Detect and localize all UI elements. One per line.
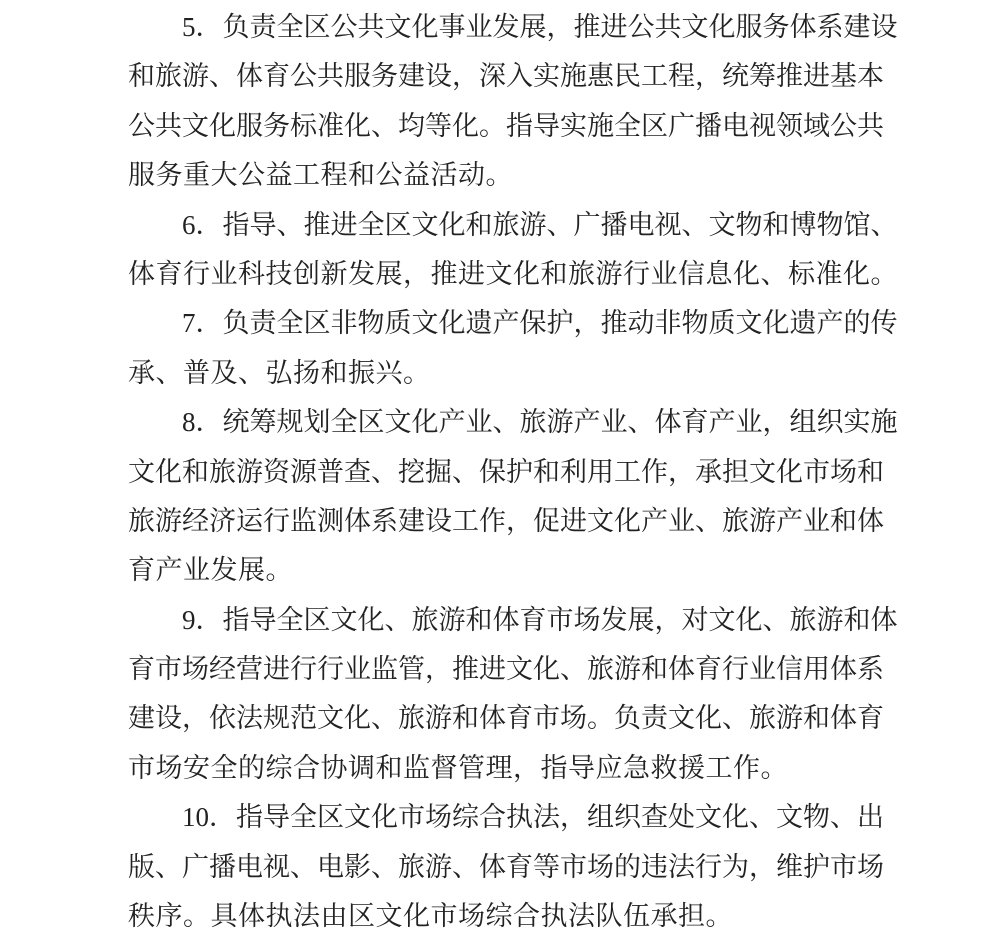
paragraph-item-5: 5．负责全区公共文化事业发展，推进公共文化服务体系建设和旅游、体育公共服务建设，… [128,3,876,201]
text-line: 文化和旅游资源普查、挖掘、保护和利用工作，承担文化市场和 [128,448,876,497]
text-line: 7．负责全区非物质文化遗产保护，推动非物质文化遗产的传 [128,299,876,348]
document-page: 5．负责全区公共文化事业发展，推进公共文化服务体系建设和旅游、体育公共服务建设，… [0,0,1000,952]
text-line: 8．统筹规划全区文化产业、旅游产业、体育产业，组织实施 [128,398,876,447]
text-line: 6．指导、推进全区文化和旅游、广播电视、文物和博物馆、 [128,201,876,250]
text-line: 公共文化服务标准化、均等化。指导实施全区广播电视领域公共 [128,102,876,151]
text-line: 服务重大公益工程和公益活动。 [128,151,876,200]
paragraph-item-7: 7．负责全区非物质文化遗产保护，推动非物质文化遗产的传承、普及、弘扬和振兴。 [128,299,876,398]
text-line: 秩序。具体执法由区文化市场综合执法队伍承担。 [128,892,876,941]
text-line: 版、广播电视、电影、旅游、体育等市场的违法行为，维护市场 [128,843,876,892]
text-line: 体育行业科技创新发展，推进文化和旅游行业信息化、标准化。 [128,250,876,299]
text-line: 和旅游、体育公共服务建设，深入实施惠民工程，统筹推进基本 [128,52,876,101]
document-body: 5．负责全区公共文化事业发展，推进公共文化服务体系建设和旅游、体育公共服务建设，… [128,3,876,941]
text-line: 承、普及、弘扬和振兴。 [128,349,876,398]
text-line: 旅游经济运行监测体系建设工作，促进文化产业、旅游产业和体 [128,497,876,546]
paragraph-item-9: 9．指导全区文化、旅游和体育市场发展，对文化、旅游和体育市场经营进行行业监管，推… [128,596,876,794]
text-line: 育市场经营进行行业监管，推进文化、旅游和体育行业信用体系 [128,645,876,694]
text-line: 市场安全的综合协调和监督管理，指导应急救援工作。 [128,744,876,793]
text-line: 5．负责全区公共文化事业发展，推进公共文化服务体系建设 [128,3,876,52]
text-line: 育产业发展。 [128,546,876,595]
text-line: 建设，依法规范文化、旅游和体育市场。负责文化、旅游和体育 [128,694,876,743]
text-line: 10．指导全区文化市场综合执法，组织查处文化、文物、出 [128,793,876,842]
paragraph-item-8: 8．统筹规划全区文化产业、旅游产业、体育产业，组织实施文化和旅游资源普查、挖掘、… [128,398,876,596]
text-line: 9．指导全区文化、旅游和体育市场发展，对文化、旅游和体 [128,596,876,645]
paragraph-item-10: 10．指导全区文化市场综合执法，组织查处文化、文物、出版、广播电视、电影、旅游、… [128,793,876,941]
paragraph-item-6: 6．指导、推进全区文化和旅游、广播电视、文物和博物馆、体育行业科技创新发展，推进… [128,201,876,300]
